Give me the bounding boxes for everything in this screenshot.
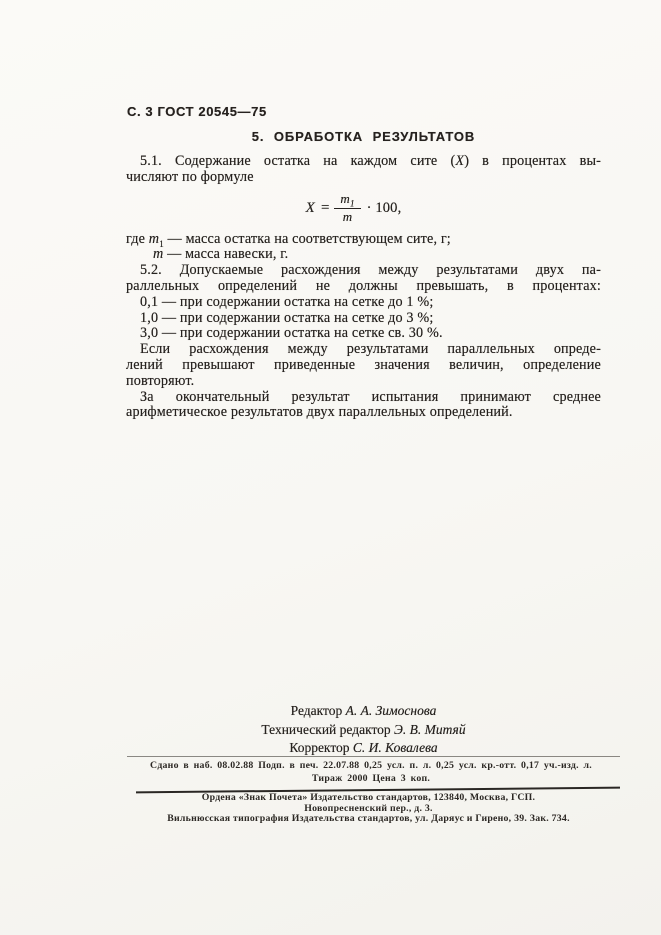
- page-header: С. 3 ГОСТ 20545—75: [127, 104, 267, 119]
- publisher-line-3: Вильнюсская типография Издательства стан…: [116, 814, 621, 825]
- credit-proofreader: Корректор С. И. Ковалева: [126, 739, 601, 758]
- paragraph-5-1-text-post: ) в процентах вы-: [464, 153, 601, 169]
- paragraph-5-1-text-pre: 5.1. Содержание остатка на каждом сите (: [140, 153, 455, 169]
- final-result-line-2: арифметическое результатов двух параллел…: [126, 405, 601, 421]
- document-page: С. 3 ГОСТ 20545—75 5. ОБРАБОТКА РЕЗУЛЬТА…: [0, 0, 661, 935]
- credit-name: А. А. Зимоснова: [346, 703, 437, 718]
- credit-name: С. И. Ковалева: [353, 740, 438, 755]
- body-text: 5.1. Содержание остатка на каждом сите (…: [126, 154, 601, 421]
- tolerance-item-3: 3,0 — при содержании остатка на сетке св…: [126, 326, 601, 342]
- fraction: m1 m: [334, 192, 360, 225]
- section-title: 5. ОБРАБОТКА РЕЗУЛЬТАТОВ: [252, 129, 475, 144]
- credit-editor: Редактор А. А. Зимоснова: [126, 702, 601, 721]
- fraction-numerator: m1: [334, 192, 360, 209]
- numerator-variable: m: [340, 191, 350, 206]
- final-result-line-1: За окончательный результат испытания при…: [126, 390, 601, 406]
- where-definition-line-2: m — масса навески, г.: [126, 247, 601, 263]
- repeat-paragraph-line-1: Если расхождения между результатами пара…: [126, 342, 601, 358]
- credit-role: Корректор: [289, 740, 349, 755]
- credit-technical-editor: Технический редактор Э. В. Митяй: [126, 721, 601, 740]
- credits-block: Редактор А. А. Зимоснова Технический ред…: [126, 702, 601, 758]
- divider-line-top: [127, 756, 620, 757]
- where-variable-m1: m: [149, 231, 159, 247]
- credit-role: Редактор: [291, 703, 343, 718]
- formula: X = m1 m · 100,: [116, 192, 591, 226]
- paragraph-5-2-line-1: 5.2. Допускаемые расхождения между резул…: [126, 263, 601, 279]
- paragraph-5-1-line-2: числяют по формуле: [126, 170, 601, 186]
- where-definition-2: — масса навески, г.: [163, 246, 288, 262]
- tolerance-item-1: 0,1 — при содержании остатка на сетке до…: [126, 295, 601, 311]
- fraction-denominator: m: [343, 209, 353, 225]
- equals-sign: =: [321, 200, 328, 217]
- imprint-line-1: Сдано в наб. 08.02.88 Подп. в печ. 22.07…: [121, 760, 621, 773]
- credit-name: Э. В. Митяй: [394, 722, 466, 737]
- imprint-line-2: Тираж 2000 Цена 3 коп.: [121, 773, 621, 786]
- publisher-block: Ордена «Знак Почета» Издательство станда…: [116, 793, 621, 825]
- tolerance-item-2: 1,0 — при содержании остатка на сетке до…: [126, 311, 601, 327]
- imprint-block: Сдано в наб. 08.02.88 Подп. в печ. 22.07…: [121, 760, 621, 785]
- credit-role: Технический редактор: [261, 722, 390, 737]
- where-variable-m: m: [153, 246, 163, 262]
- section-title-wrap: 5. ОБРАБОТКА РЕЗУЛЬТАТОВ: [126, 128, 601, 146]
- where-intro: где: [126, 231, 149, 247]
- formula-multiplier: · 100,: [367, 200, 402, 217]
- paragraph-5-2-line-2: раллельных определений не должны превыша…: [126, 279, 601, 295]
- repeat-paragraph-line-3: повторяют.: [126, 374, 601, 390]
- formula-variable-x-inline: X: [455, 153, 464, 169]
- formula-lhs: X: [306, 200, 315, 217]
- where-definition-line-1: где m1 — масса остатка на соответствующе…: [126, 232, 601, 248]
- repeat-paragraph-line-2: лений превышают приведенные значения вел…: [126, 358, 601, 374]
- where-definition-1: — масса остатка на соответствующем сите,…: [164, 231, 451, 247]
- numerator-subscript: 1: [350, 199, 355, 209]
- paragraph-5-1-line-1: 5.1. Содержание остатка на каждом сите (…: [126, 154, 601, 170]
